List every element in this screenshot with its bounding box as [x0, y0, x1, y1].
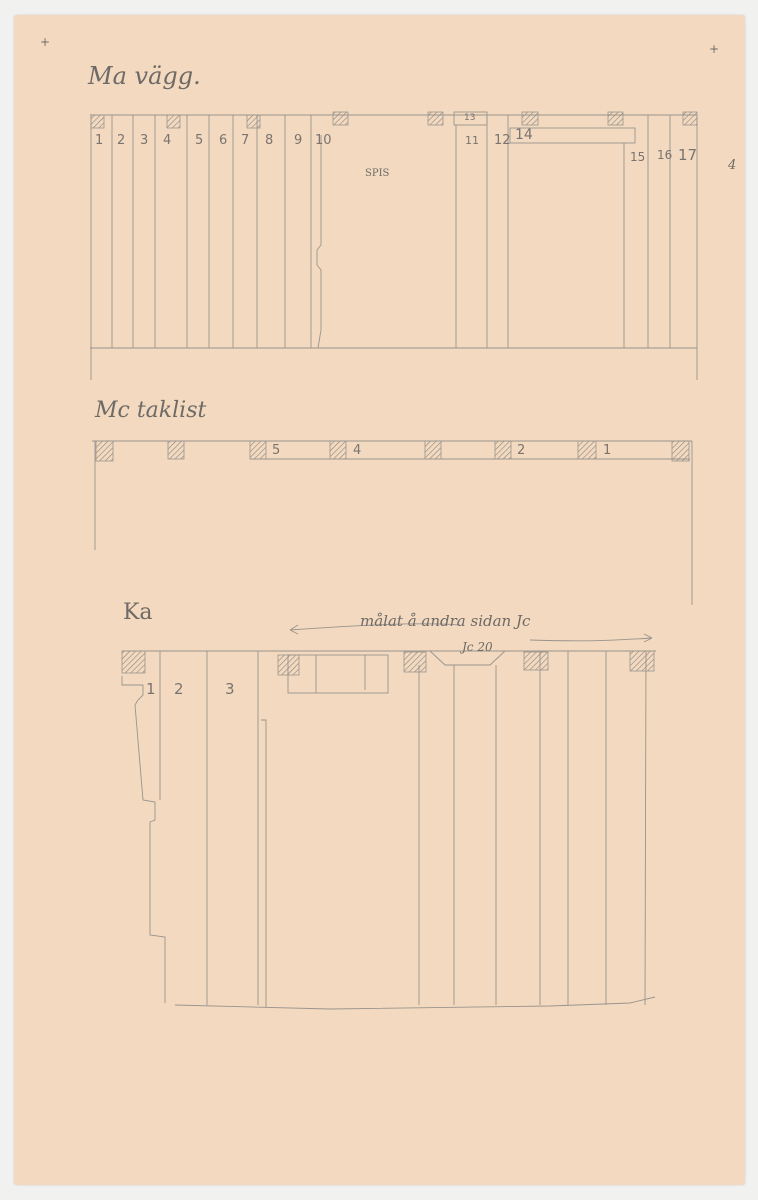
- ma-panel-number: 6: [219, 133, 227, 148]
- ma-panel-number: 11: [465, 134, 479, 147]
- ma-annotation-spis: SPIS: [365, 168, 389, 179]
- ma-wall-elevation: [90, 112, 697, 380]
- ma-panel-number: 9: [294, 133, 302, 148]
- corner-mark-left: +: [40, 35, 50, 49]
- ma-panel-number: 17: [678, 146, 697, 164]
- ma-panel-number: 5: [195, 133, 203, 148]
- ka-annotation: målat å andra sidan Jc: [360, 612, 530, 630]
- mc-panel-number: 1: [603, 443, 611, 458]
- ma-panel-number: 13: [464, 113, 475, 123]
- mc-panel-number: 4: [353, 443, 361, 458]
- ma-panel-number: 7: [241, 133, 249, 148]
- ma-panel-number: 2: [117, 133, 125, 148]
- pencil-drawing: [0, 0, 758, 1200]
- ma-panel-number: 1: [95, 133, 103, 148]
- ma-panel-number: 8: [265, 133, 273, 148]
- margin-note: 4: [728, 158, 736, 173]
- ma-panel-number: 4: [163, 133, 171, 148]
- corner-mark-right: +: [709, 42, 719, 56]
- ka-elevation: [122, 624, 656, 1009]
- ka-annotation-sub: Jc 20: [462, 640, 493, 654]
- mc-taklist-elevation: [92, 441, 692, 605]
- ma-panel-number: 10: [315, 133, 332, 148]
- ka-panel-number: 3: [225, 680, 235, 698]
- ma-panel-number: 15: [630, 150, 645, 164]
- ma-panel-number: 16: [657, 148, 672, 162]
- mc-panel-number: 2: [517, 443, 525, 458]
- ma-panel-number: 12: [494, 133, 511, 148]
- ka-panel-number: 2: [174, 680, 184, 698]
- mc-panel-number: 5: [272, 443, 280, 458]
- ka-title: Ka: [123, 600, 153, 625]
- ma-panel-number: 14: [515, 127, 533, 143]
- mc-title: Mc taklist: [95, 398, 206, 423]
- ma-title: Ma vägg.: [88, 62, 201, 90]
- ka-panel-number: 1: [146, 680, 156, 698]
- ma-panel-number: 3: [140, 133, 148, 148]
